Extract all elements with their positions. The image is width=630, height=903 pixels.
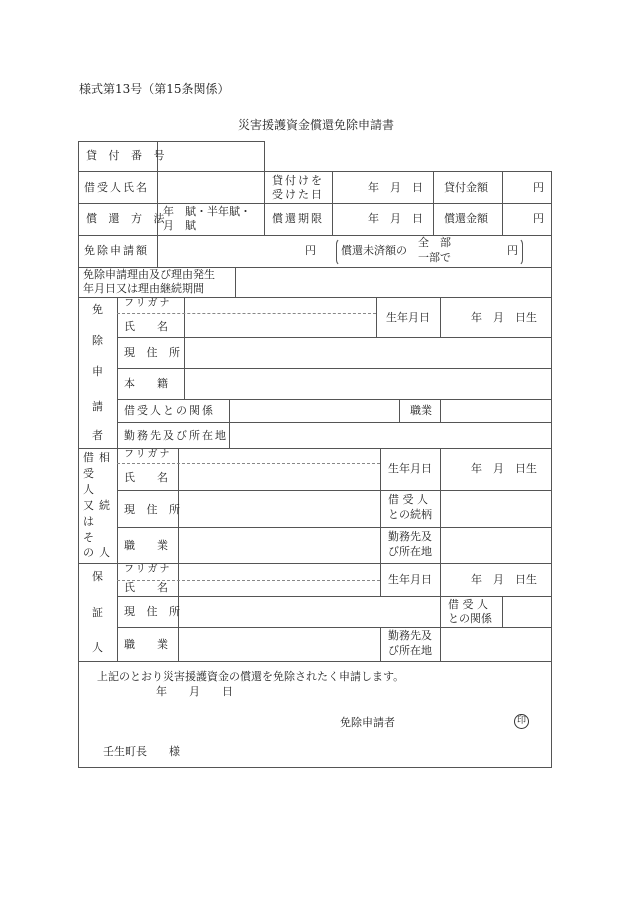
applicant-birthdate-label: 生年月日 (386, 311, 430, 324)
loan-number-field[interactable] (158, 142, 264, 171)
applicant-workplace-label: 勤務先及び所在地 (124, 429, 228, 442)
guarantor-workplace-label-line1: 勤務先及 (388, 629, 432, 642)
heir-workplace-field[interactable] (441, 528, 551, 563)
guarantor-birthdate-label: 生年月日 (388, 573, 432, 586)
heir-name-label: 氏 名 (124, 471, 168, 484)
loan-amount-label: 貸付金額 (444, 181, 488, 194)
guarantor-relation-label-line2: との関係 (448, 612, 492, 625)
guarantor-name-label: 氏 名 (124, 581, 168, 594)
loan-date-field[interactable]: 年 月 日 (368, 181, 423, 194)
applicant-workplace-field[interactable] (230, 423, 551, 448)
heir-occupation-field[interactable] (179, 528, 380, 563)
guarantor-workplace-field[interactable] (441, 628, 551, 661)
partial-option[interactable]: 一部で (418, 251, 451, 264)
applicant-domicile-label: 本 籍 (124, 377, 168, 390)
applicant-name-field[interactable] (185, 298, 376, 336)
applicant-signature-label: 免除申請者 (340, 716, 395, 729)
heir-occupation-label: 職 業 (124, 539, 168, 552)
guarantor-occupation-label: 職 業 (124, 638, 168, 651)
repay-method-options-line2[interactable]: 月 賦 (163, 219, 196, 232)
reason-label-line1: 免除申請理由及び理由発生 (83, 268, 215, 281)
applicant-relation-field[interactable] (230, 400, 399, 422)
heir-relation-label-line1: 借 受 人 (388, 493, 428, 506)
repay-deadline-label: 償還期限 (272, 212, 324, 225)
applicant-occupation-field[interactable] (441, 400, 551, 422)
repay-amount-yen[interactable]: 円 (533, 212, 544, 225)
reason-field[interactable] (236, 268, 551, 297)
declaration-date[interactable]: 年 月 日 (156, 685, 233, 698)
guarantor-address-label: 現 住 所 (124, 605, 184, 618)
seal-icon: 印 (514, 714, 529, 729)
guarantor-address-field[interactable] (179, 597, 440, 627)
applicant-relation-label: 借受人との関係 (124, 404, 215, 417)
all-option[interactable]: 全 部 (418, 236, 451, 249)
applicant-furigana-label: フリガナ (124, 298, 172, 310)
reason-label-line2: 年月日又は理由継続期間 (83, 282, 204, 295)
repay-method-label: 償 還 方 法 (86, 212, 169, 225)
repay-amount-label: 償還金額 (444, 212, 488, 225)
heir-address-field[interactable] (179, 491, 380, 527)
loan-number-label: 貸 付 番 号 (86, 149, 169, 162)
exemption-amount-yen[interactable]: 円 (305, 244, 316, 257)
exemption-amount-label: 免除申請額 (84, 244, 149, 257)
loan-date-label-line1: 貸付けを (272, 174, 324, 187)
loan-amount-yen[interactable]: 円 (533, 181, 544, 194)
guarantor-name-field[interactable] (179, 564, 380, 596)
applicant-domicile-field[interactable] (185, 369, 551, 399)
unpaid-label: 償還未済額の (341, 244, 407, 257)
addressee: 壬生町長 様 (103, 745, 180, 758)
applicant-occupation-label: 職業 (410, 404, 432, 417)
loan-date-label-line2: 受けた日 (272, 188, 324, 201)
applicant-address-label: 現 住 所 (124, 346, 184, 359)
guarantor-occupation-field[interactable] (179, 628, 380, 661)
heir-address-label: 現 住 所 (124, 503, 184, 516)
heir-birthdate-label: 生年月日 (388, 462, 432, 475)
borrower-name-field[interactable] (158, 172, 264, 203)
heir-name-field[interactable] (179, 449, 380, 490)
borrower-name-label: 借受人氏名 (84, 181, 149, 194)
guarantor-relation-label-line1: 借 受 人 (448, 598, 488, 611)
heir-birthdate-field[interactable]: 年 月 日生 (471, 462, 537, 475)
repay-method-options-line1[interactable]: 年 賦・半年賦・ (163, 205, 251, 218)
heir-relation-label-line2: との続柄 (388, 508, 432, 521)
declaration-statement: 上記のとおり災害援護資金の償還を免除されたく申請します。 (97, 670, 404, 683)
guarantor-birthdate-field[interactable]: 年 月 日生 (471, 573, 537, 586)
unpaid-yen[interactable]: 円 (507, 244, 518, 257)
repay-deadline-field[interactable]: 年 月 日 (368, 212, 423, 225)
heir-workplace-label-line2: び所在地 (388, 545, 432, 558)
guarantor-relation-field[interactable] (503, 597, 551, 627)
guarantor-furigana-label: フリガナ (124, 564, 172, 576)
heir-workplace-label-line1: 勤務先及 (388, 530, 432, 543)
applicant-birthdate-field[interactable]: 年 月 日生 (471, 311, 537, 324)
heir-furigana-label: フリガナ (124, 449, 172, 461)
applicant-name-label: 氏 名 (124, 320, 168, 333)
page-title: 災害援護資金償還免除申請書 (238, 118, 394, 132)
heir-relation-field[interactable] (441, 491, 551, 527)
guarantor-workplace-label-line2: び所在地 (388, 644, 432, 657)
applicant-address-field[interactable] (185, 338, 551, 368)
form-number: 様式第13号（第15条関係） (79, 82, 230, 96)
